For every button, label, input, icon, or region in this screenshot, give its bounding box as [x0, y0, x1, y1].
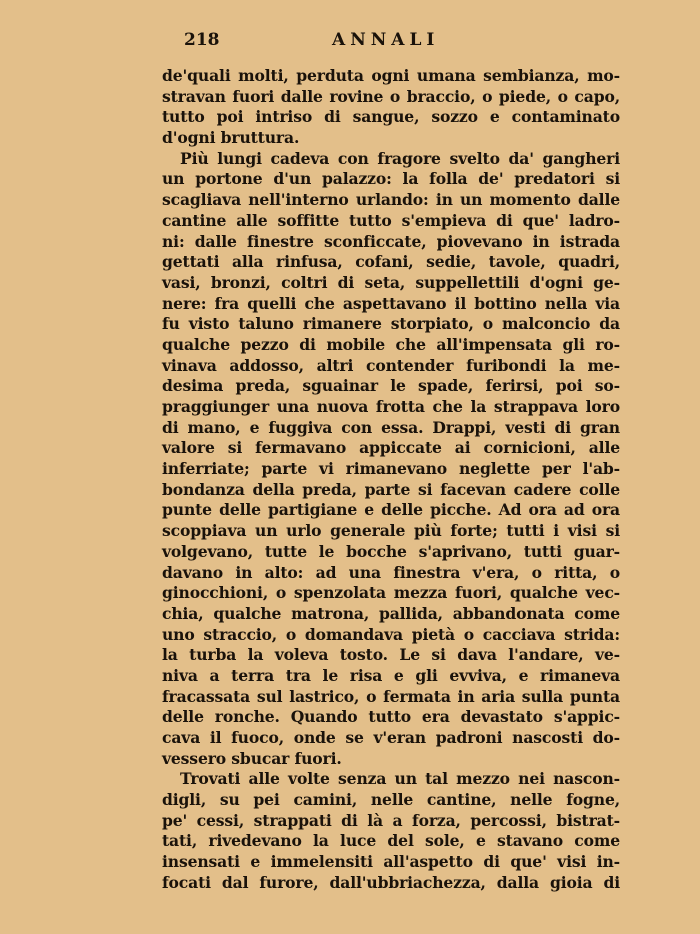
- page-header: 218 ANNALI: [162, 30, 620, 58]
- text-line: fu visto taluno rimanere storpiato, o ma…: [162, 314, 620, 335]
- text-line: nere: fra quelli che aspettavano il bott…: [162, 294, 620, 315]
- text-line: Trovati alle volte senza un tal mezzo ne…: [162, 769, 620, 790]
- text-line: scoppiava un urlo generale più forte; tu…: [162, 521, 620, 542]
- text-line: praggiunger una nuova frotta che la stra…: [162, 397, 620, 418]
- text-line: davano in alto: ad una finestra v'era, o…: [162, 563, 620, 584]
- body-text: de'quali molti, perduta ogni umana sembi…: [162, 66, 620, 894]
- text-line: ni: dalle finestre sconficcate, piovevan…: [162, 232, 620, 253]
- paragraph-2: Più lungi cadeva con fragore svelto da' …: [162, 149, 620, 770]
- text-line: fracassata sul lastrico, o fermata in ar…: [162, 687, 620, 708]
- text-line: gettati alla rinfusa, cofani, sedie, tav…: [162, 252, 620, 273]
- text-line: desima preda, sguainar le spade, ferirsi…: [162, 376, 620, 397]
- text-line: focati dal furore, dall'ubbriachezza, da…: [162, 873, 620, 894]
- text-line: stravan fuori dalle rovine o braccio, o …: [162, 87, 620, 108]
- text-line: de'quali molti, perduta ogni umana sembi…: [162, 66, 620, 87]
- text-line: uno straccio, o domandava pietà o caccia…: [162, 625, 620, 646]
- text-line: vessero sbucar fuori.: [162, 749, 620, 770]
- text-line: tutto poi intriso di sangue, sozzo e con…: [162, 107, 620, 128]
- text-line: Più lungi cadeva con fragore svelto da' …: [162, 149, 620, 170]
- text-line: d'ogni bruttura.: [162, 128, 620, 149]
- text-line: scagliava nell'interno urlando: in un mo…: [162, 190, 620, 211]
- text-line: punte delle partigiane e delle picche. A…: [162, 500, 620, 521]
- text-line: vinava addosso, altri contender furibond…: [162, 356, 620, 377]
- text-line: chia, qualche matrona, pallida, abbandon…: [162, 604, 620, 625]
- text-line: tati, rivedevano la luce del sole, e sta…: [162, 831, 620, 852]
- text-line: qualche pezzo di mobile che all'impensat…: [162, 335, 620, 356]
- text-line: bondanza della preda, parte si facevan c…: [162, 480, 620, 501]
- text-line: valore si fermavano appiccate ai cornici…: [162, 438, 620, 459]
- paragraph-3: Trovati alle volte senza un tal mezzo ne…: [162, 769, 620, 893]
- text-line: inferriate; parte vi rimanevano neglette…: [162, 459, 620, 480]
- text-line: un portone d'un palazzo: la folla de' pr…: [162, 169, 620, 190]
- running-title: ANNALI: [332, 30, 439, 50]
- text-line: pe' cessi, strappati di là a forza, perc…: [162, 811, 620, 832]
- book-page: 218 ANNALI de'quali molti, perduta ogni …: [162, 30, 620, 894]
- paragraph-1: de'quali molti, perduta ogni umana sembi…: [162, 66, 620, 149]
- text-line: insensati e immelensiti all'aspetto di q…: [162, 852, 620, 873]
- text-line: cava il fuoco, onde se v'eran padroni na…: [162, 728, 620, 749]
- page-number: 218: [184, 30, 220, 50]
- text-line: digli, su pei camini, nelle cantine, nel…: [162, 790, 620, 811]
- text-line: volgevano, tutte le bocche s'aprivano, t…: [162, 542, 620, 563]
- text-line: di mano, e fuggiva con essa. Drappi, ves…: [162, 418, 620, 439]
- text-line: vasi, bronzi, coltri di seta, suppellett…: [162, 273, 620, 294]
- text-line: la turba la voleva tosto. Le si dava l'a…: [162, 645, 620, 666]
- text-line: niva a terra tra le risa e gli evviva, e…: [162, 666, 620, 687]
- text-line: delle ronche. Quando tutto era devastato…: [162, 707, 620, 728]
- text-line: ginocchioni, o spenzolata mezza fuori, q…: [162, 583, 620, 604]
- text-line: cantine alle soffitte tutto s'empieva di…: [162, 211, 620, 232]
